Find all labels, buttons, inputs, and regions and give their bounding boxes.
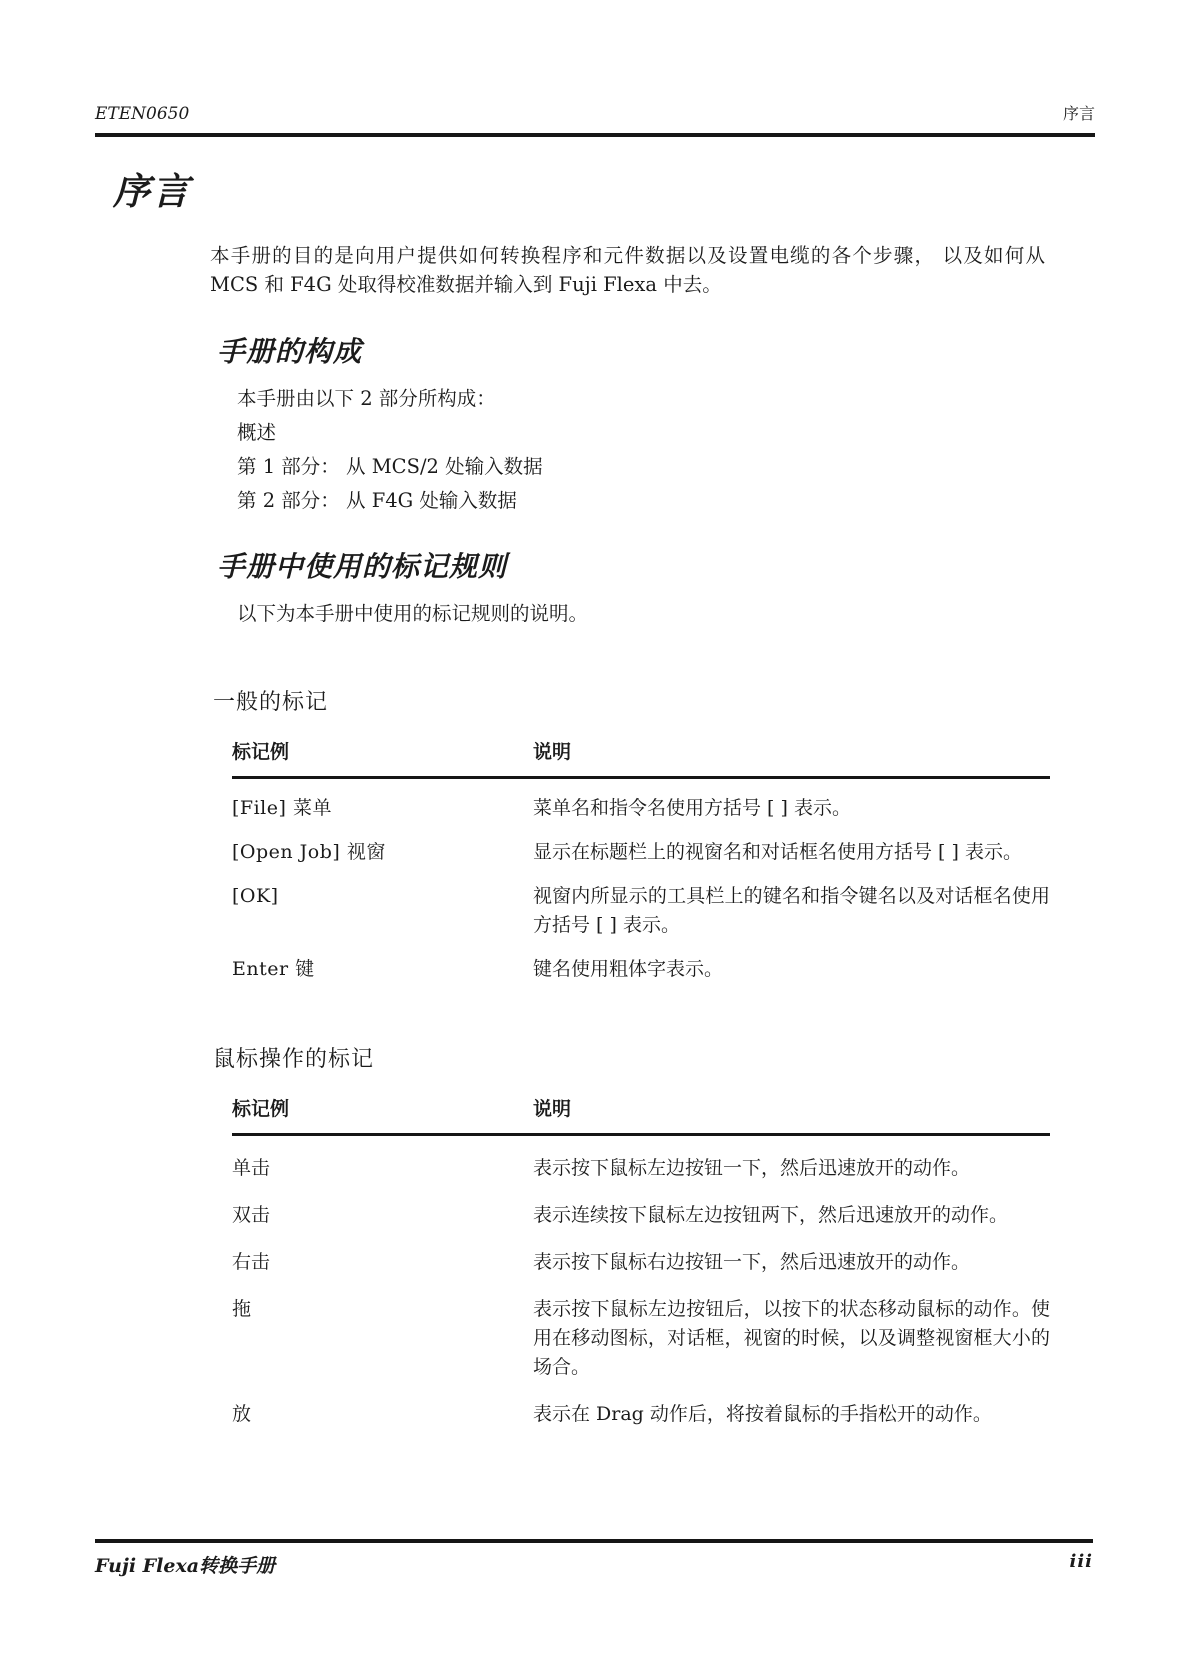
table-header-row: 标记例 说明 <box>232 738 1050 779</box>
term-cell: 拖 <box>232 1295 533 1382</box>
header-chapter-label: 序言 <box>1063 101 1095 124</box>
composition-item-overview: 概述 <box>237 419 1095 446</box>
term-cell: [File] 菜单 <box>232 794 533 823</box>
general-notation-table: 标记例 说明 [File] 菜单 菜单名和指令名使用方括号 [ ] 表示。 [O… <box>232 738 1050 984</box>
term-cell: 放 <box>232 1400 533 1429</box>
composition-item-part1: 第 1 部分： 从 MCS/2 处输入数据 <box>237 453 1095 480</box>
intro-paragraph: 本手册的目的是向用户提供如何转换程序和元件数据以及设置电缆的各个步骤， 以及如何… <box>210 242 1045 299</box>
table-row: Enter 键 键名使用粗体字表示。 <box>232 940 1050 984</box>
subsection-heading-general: 一般的标记 <box>213 685 1095 716</box>
footer-manual-title: Fuji Flexa转换手册 <box>95 1551 275 1578</box>
column-header-term: 标记例 <box>232 1095 533 1124</box>
table-row: [OK] 视窗内所显示的工具栏上的键名和指令键名以及对话框名使用方括号 [ ] … <box>232 867 1050 940</box>
notation-lead: 以下为本手册中使用的标记规则的说明。 <box>237 600 1095 627</box>
footer-page-number: iii <box>1069 1551 1093 1578</box>
page-title: 序言 <box>113 161 1095 215</box>
term-cell: Enter 键 <box>232 955 533 984</box>
header-doc-code: ETEN0650 <box>95 104 189 124</box>
term-cell: 双击 <box>232 1201 533 1230</box>
term-cell: [OK] <box>232 882 533 940</box>
column-header-desc: 说明 <box>533 1095 1050 1124</box>
table-row: 右击 表示按下鼠标右边按钮一下，然后迅速放开的动作。 <box>232 1230 1050 1277</box>
desc-cell: 表示在 Drag 动作后，将按着鼠标的手指松开的动作。 <box>533 1400 1050 1429</box>
table-row: 放 表示在 Drag 动作后，将按着鼠标的手指松开的动作。 <box>232 1382 1050 1429</box>
table-row: 单击 表示按下鼠标左边按钮一下，然后迅速放开的动作。 <box>232 1136 1050 1183</box>
table-row: 双击 表示连续按下鼠标左边按钮两下，然后迅速放开的动作。 <box>232 1183 1050 1230</box>
section-heading-notation: 手册中使用的标记规则 <box>217 545 1095 585</box>
table-row: [File] 菜单 菜单名和指令名使用方括号 [ ] 表示。 <box>232 779 1050 823</box>
mouse-notation-table: 标记例 说明 单击 表示按下鼠标左边按钮一下，然后迅速放开的动作。 双击 表示连… <box>232 1095 1050 1429</box>
running-header: ETEN0650 序言 <box>95 0 1095 137</box>
table-header-row: 标记例 说明 <box>232 1095 1050 1136</box>
composition-lead: 本手册由以下 2 部分所构成： <box>237 385 1095 412</box>
desc-cell: 表示按下鼠标右边按钮一下，然后迅速放开的动作。 <box>533 1248 1050 1277</box>
table-row: [Open Job] 视窗 显示在标题栏上的视窗名和对话框名使用方括号 [ ] … <box>232 823 1050 867</box>
term-cell: 右击 <box>232 1248 533 1277</box>
desc-cell: 视窗内所显示的工具栏上的键名和指令键名以及对话框名使用方括号 [ ] 表示。 <box>533 882 1050 940</box>
subsection-heading-mouse: 鼠标操作的标记 <box>213 1042 1095 1073</box>
document-page: ETEN0650 序言 序言 本手册的目的是向用户提供如何转换程序和元件数据以及… <box>0 0 1190 1680</box>
term-cell: 单击 <box>232 1154 533 1183</box>
desc-cell: 键名使用粗体字表示。 <box>533 955 1050 984</box>
desc-cell: 表示连续按下鼠标左边按钮两下，然后迅速放开的动作。 <box>533 1201 1050 1230</box>
section-heading-composition: 手册的构成 <box>217 330 1095 370</box>
running-footer: Fuji Flexa转换手册 iii <box>95 1539 1093 1578</box>
desc-cell: 表示按下鼠标左边按钮后，以按下的状态移动鼠标的动作。使用在移动图标，对话框，视窗… <box>533 1295 1050 1382</box>
table-row: 拖 表示按下鼠标左边按钮后，以按下的状态移动鼠标的动作。使用在移动图标，对话框，… <box>232 1277 1050 1382</box>
column-header-term: 标记例 <box>232 738 533 767</box>
desc-cell: 菜单名和指令名使用方括号 [ ] 表示。 <box>533 794 1050 823</box>
desc-cell: 显示在标题栏上的视窗名和对话框名使用方括号 [ ] 表示。 <box>533 838 1050 867</box>
term-cell: [Open Job] 视窗 <box>232 838 533 867</box>
desc-cell: 表示按下鼠标左边按钮一下，然后迅速放开的动作。 <box>533 1154 1050 1183</box>
column-header-desc: 说明 <box>533 738 1050 767</box>
composition-item-part2: 第 2 部分： 从 F4G 处输入数据 <box>237 487 1095 514</box>
